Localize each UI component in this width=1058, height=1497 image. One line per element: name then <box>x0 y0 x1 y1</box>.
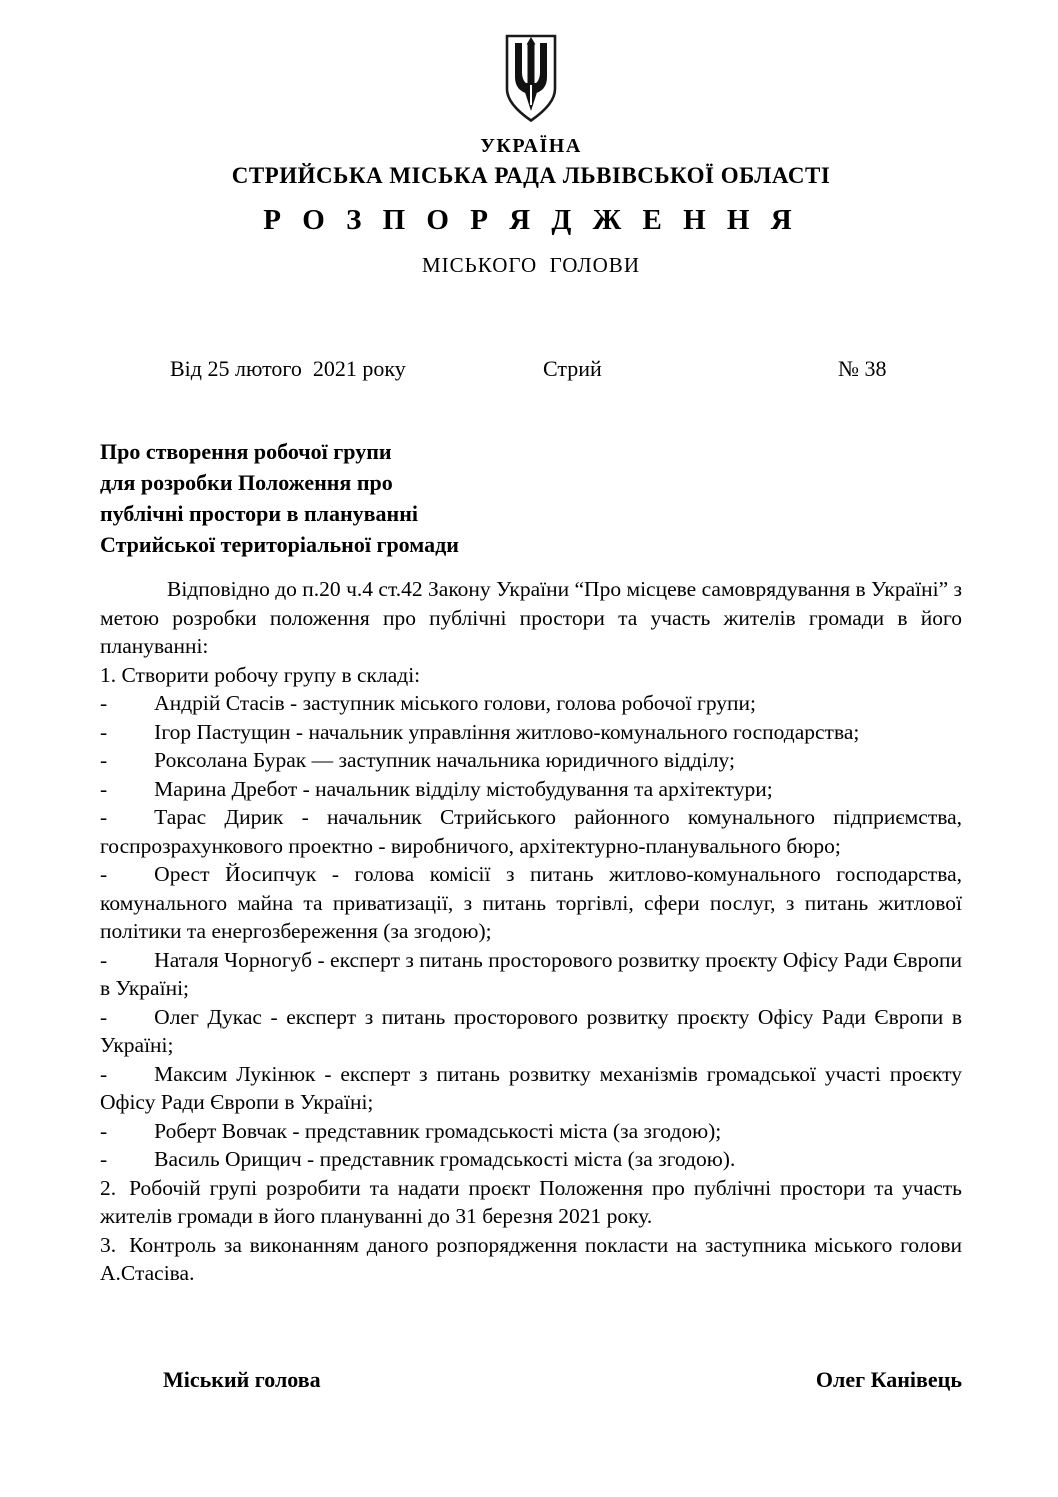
council-name: СТРИЙСЬКА МІСЬКА РАДА ЛЬВІВСЬКОЇ ОБЛАСТІ <box>100 162 962 190</box>
member-item-8: -Олег Дукас - експерт з питань просторов… <box>100 1003 962 1060</box>
member-text: Олег Дукас - експерт з питань просторово… <box>100 1005 962 1058</box>
document-header: УКРАЇНА СТРИЙСЬКА МІСЬКА РАДА ЛЬВІВСЬКОЇ… <box>100 0 962 278</box>
document-page: УКРАЇНА СТРИЙСЬКА МІСЬКА РАДА ЛЬВІВСЬКОЇ… <box>0 0 1058 1497</box>
list-dash: - <box>100 777 107 801</box>
document-place: Стрий <box>543 354 602 384</box>
member-text: Марина Дребот - начальник відділу містоб… <box>154 777 773 801</box>
member-text: Максим Лукінюк - експерт з питань розвит… <box>100 1062 962 1115</box>
member-item-6: -Орест Йосипчук - голова комісії з питан… <box>100 860 962 946</box>
list-dash: - <box>100 691 107 715</box>
member-text: Орест Йосипчук - голова комісії з питань… <box>100 862 962 943</box>
member-item-10: -Роберт Вовчак - представник громадськос… <box>100 1117 962 1146</box>
subject-line-1: Про створення робочої групи <box>100 436 962 467</box>
item-text: Робочій групі розробити та надати проєкт… <box>100 1176 962 1229</box>
member-item-7: -Наталя Чорногуб - експерт з питань прос… <box>100 946 962 1003</box>
member-item-1: -Андрій Стасів - заступник міського голо… <box>100 689 962 718</box>
signature-name: Олег Канівець <box>816 1366 962 1394</box>
subject-block: Про створення робочої групи для розробки… <box>100 436 962 560</box>
member-item-9: -Максим Лукінюк - експерт з питань розви… <box>100 1060 962 1117</box>
member-text: Василь Орищич - представник громадськост… <box>154 1147 735 1171</box>
member-item-2: -Ігор Пастущин - начальник управління жи… <box>100 718 962 747</box>
member-item-11: -Василь Орищич - представник громадськос… <box>100 1145 962 1174</box>
document-number: № 38 <box>838 354 887 384</box>
member-item-5: -Тарас Дирик - начальник Стрийського рай… <box>100 803 962 860</box>
resolution-item-2: 2.Робочій групі розробити та надати проє… <box>100 1174 962 1231</box>
member-text: Наталя Чорногуб - експерт з питань прост… <box>100 948 962 1001</box>
member-text: Тарас Дирик - начальник Стрийського райо… <box>100 805 962 858</box>
signature-position: Міський голова <box>163 1366 321 1394</box>
resolution-item-1: 1. Створити робочу групу в складі: <box>100 661 962 690</box>
member-text: Андрій Стасів - заступник міського голов… <box>154 691 756 715</box>
list-dash: - <box>100 1005 107 1029</box>
list-dash: - <box>100 720 107 744</box>
document-subtype: МІСЬКОГО ГОЛОВИ <box>100 252 962 278</box>
item-text: Контроль за виконанням даного розпорядже… <box>100 1233 962 1286</box>
subject-line-4: Стрийської територіальної громади <box>100 529 962 560</box>
ukraine-coat-of-arms-icon <box>100 0 962 125</box>
member-text: Ігор Пастущин - начальник управління жит… <box>154 720 859 744</box>
member-item-3: -Роксолана Бурак — заступник начальника … <box>100 746 962 775</box>
member-text: Роберт Вовчак - представник громадськост… <box>154 1119 721 1143</box>
subject-line-2: для розробки Положення про <box>100 467 962 498</box>
subject-line-3: публічні простори в плануванні <box>100 498 962 529</box>
item-number: 2. <box>100 1176 116 1200</box>
signature-line: Міський голова Олег Канівець <box>100 1366 962 1394</box>
intro-paragraph: Відповідно до п.20 ч.4 ст.42 Закону Укра… <box>100 575 962 661</box>
document-date: Від 25 лютого 2021 року <box>170 354 406 384</box>
list-dash: - <box>100 1147 107 1171</box>
resolution-item-3: 3.Контроль за виконанням даного розпоряд… <box>100 1231 962 1288</box>
country-name: УКРАЇНА <box>100 134 962 158</box>
document-type-title: Р О З П О Р Я Д Ж Е Н Н Я <box>100 202 962 238</box>
document-body: Відповідно до п.20 ч.4 ст.42 Закону Укра… <box>100 575 962 1288</box>
list-dash: - <box>100 862 107 886</box>
list-dash: - <box>100 748 107 772</box>
member-text: Роксолана Бурак — заступник начальника ю… <box>154 748 735 772</box>
list-dash: - <box>100 805 107 829</box>
list-dash: - <box>100 948 107 972</box>
list-dash: - <box>100 1062 107 1086</box>
list-dash: - <box>100 1119 107 1143</box>
member-item-4: -Марина Дребот - начальник відділу місто… <box>100 775 962 804</box>
item-number: 3. <box>100 1233 116 1257</box>
meta-line: Від 25 лютого 2021 року Стрий № 38 <box>100 354 962 384</box>
